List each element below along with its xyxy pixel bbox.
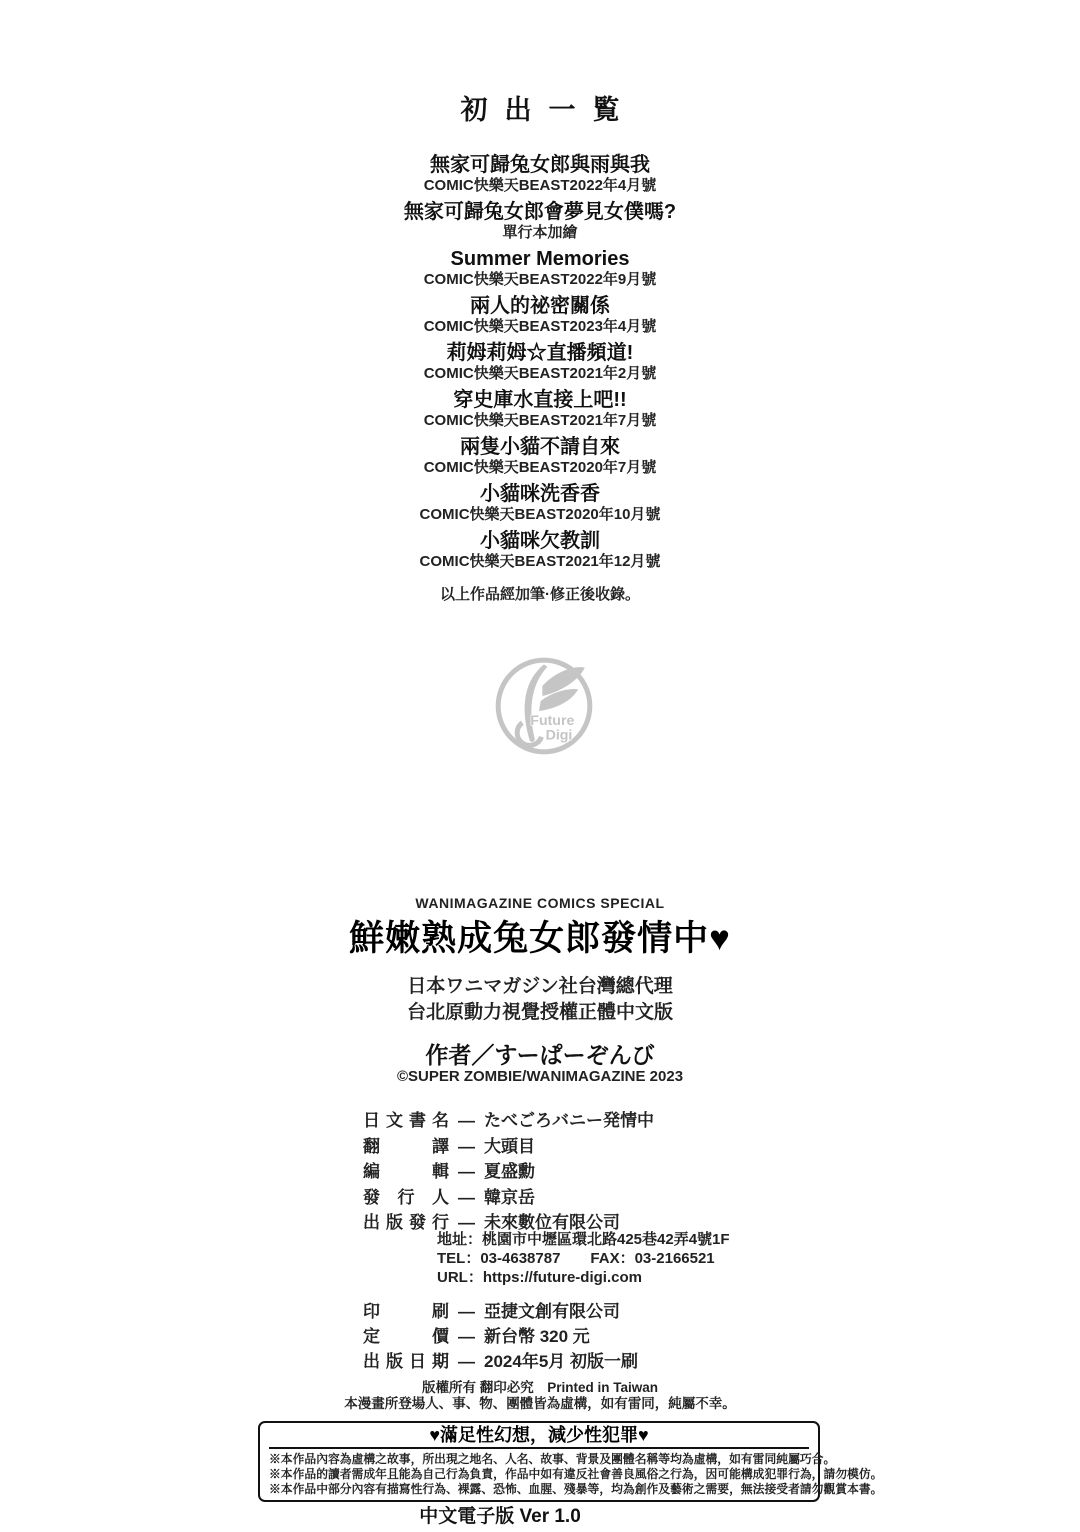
publication-item-title: 小貓咪洗香香	[0, 482, 1080, 506]
revision-note: 以上作品經加筆·修正後收錄。	[0, 583, 1080, 604]
credit-label: 發行人	[363, 1185, 449, 1211]
agency-lines: 日本ワニマガジン社台灣總代理 台北原動力視覺授權正體中文版	[0, 974, 1080, 1026]
publication-item-title: 兩人的祕密關係	[0, 294, 1080, 318]
publication-item: 小貓咪洗香香 COMIC快樂天BEAST2020年10月號	[0, 482, 1080, 523]
publication-item: 穿史庫水直接上吧!! COMIC快樂天BEAST2021年7月號	[0, 388, 1080, 429]
credit-dash: —	[458, 1108, 475, 1134]
publication-item-source: 單行本加繪	[0, 224, 1080, 241]
publication-item-title: 穿史庫水直接上吧!!	[0, 388, 1080, 412]
future-digi-logo: Future Digi	[494, 656, 594, 756]
logo-text-line2: Digi	[546, 727, 573, 743]
credit-label: 日文書名	[363, 1108, 449, 1134]
publication-item-source: COMIC快樂天BEAST2020年7月號	[0, 459, 1080, 476]
publication-item-title: 無家可歸兔女郎會夢見女僕嗎?	[0, 200, 1080, 224]
publication-item-title: 莉姆莉姆☆直播頻道!	[0, 341, 1080, 365]
first-publication-section: 初出一覧 無家可歸兔女郎與雨與我 COMIC快樂天BEAST2022年4月號 無…	[0, 88, 1080, 604]
credit-row: 發行人 — 韓京岳	[363, 1185, 654, 1211]
fiction-disclaimer: 本漫畫所登場人、事、物、團體皆為虛構，如有雷同，純屬不幸。	[0, 1392, 1080, 1412]
credit-dash: —	[458, 1324, 475, 1349]
disclaimer-line: ※本作品的讀者需成年且能為自己行為負責，作品中如有違反社會善良風俗之行為，因可能…	[269, 1467, 809, 1482]
publication-item: 莉姆莉姆☆直播頻道! COMIC快樂天BEAST2021年2月號	[0, 341, 1080, 382]
credit-label: 印刷	[363, 1299, 449, 1324]
publication-item: 無家可歸兔女郎會夢見女僕嗎? 單行本加繪	[0, 200, 1080, 241]
version-label: 中文電子版 Ver 1.0	[0, 1501, 1000, 1528]
publication-item-title: 兩隻小貓不請自來	[0, 435, 1080, 459]
publication-item-source: COMIC快樂天BEAST2022年9月號	[0, 271, 1080, 288]
publisher-url: URL：https://future-digi.com	[437, 1268, 730, 1287]
credit-label: 出版日期	[363, 1349, 449, 1374]
credit-value: 新台幣 320 元	[484, 1324, 590, 1349]
disclaimer-divider	[269, 1447, 809, 1449]
publisher-address: 地址：桃園市中壢區環北路425巷42弄4號1F	[437, 1230, 730, 1249]
credit-dash: —	[458, 1134, 475, 1160]
colophon-page: 初出一覧 無家可歸兔女郎與雨與我 COMIC快樂天BEAST2022年4月號 無…	[0, 0, 1080, 1532]
publication-item-title: Summer Memories	[0, 247, 1080, 271]
publication-item-source: COMIC快樂天BEAST2020年10月號	[0, 506, 1080, 523]
publication-item: 兩人的祕密關係 COMIC快樂天BEAST2023年4月號	[0, 294, 1080, 335]
credit-dash: —	[458, 1159, 475, 1185]
disclaimer-title: ♥滿足性幻想，減少性犯罪♥	[269, 1425, 809, 1446]
credit-value: 亞捷文創有限公司	[484, 1299, 620, 1324]
credit-row: 定價 — 新台幣 320 元	[363, 1324, 638, 1349]
publication-item: 小貓咪欠教訓 COMIC快樂天BEAST2021年12月號	[0, 529, 1080, 570]
agency-line-1: 日本ワニマガジン社台灣總代理	[0, 974, 1080, 1000]
credit-value: 大頭目	[484, 1134, 535, 1160]
publication-item-source: COMIC快樂天BEAST2021年2月號	[0, 365, 1080, 382]
disclaimer-line: ※本作品內容為虛構之故事，所出現之地名、人名、故事、背景及團體名稱等均為虛構，如…	[269, 1452, 809, 1467]
disclaimer-line: ※本作品中部分內容有描寫性行為、裸露、恐怖、血腥、殘暴等，均為創作及藝術之需要，…	[269, 1482, 809, 1497]
credit-row: 編輯 — 夏盛勳	[363, 1159, 654, 1185]
print-credits-list: 印刷 — 亞捷文創有限公司 定價 — 新台幣 320 元 出版日期 — 2024…	[363, 1299, 638, 1374]
credit-value: 韓京岳	[484, 1185, 535, 1211]
publication-item-source: COMIC快樂天BEAST2023年4月號	[0, 318, 1080, 335]
credit-value: たべごろバニー発情中	[484, 1108, 654, 1134]
credit-row: 翻譯 — 大頭目	[363, 1134, 654, 1160]
publication-item-title: 小貓咪欠教訓	[0, 529, 1080, 553]
credit-dash: —	[458, 1185, 475, 1211]
author-line: 作者／すーぱーぞんび	[0, 1037, 1080, 1070]
copyright-line: ©SUPER ZOMBIE/WANIMAGAZINE 2023	[0, 1068, 1080, 1085]
credit-label: 編輯	[363, 1159, 449, 1185]
credits-list: 日文書名 — たべごろバニー発情中 翻譯 — 大頭目 編輯 — 夏盛勳 發行人 …	[363, 1108, 654, 1236]
first-publication-title: 初出一覧	[0, 88, 1080, 127]
agency-line-2: 台北原動力視覺授權正體中文版	[0, 1000, 1080, 1026]
publisher-tel-fax: TEL：03-4638787 FAX：03-2166521	[437, 1249, 730, 1268]
credit-dash: —	[458, 1299, 475, 1324]
publication-item-source: COMIC快樂天BEAST2022年4月號	[0, 177, 1080, 194]
credit-value: 夏盛勳	[484, 1159, 535, 1185]
publication-item-title: 無家可歸兔女郎與雨與我	[0, 153, 1080, 177]
book-title: 鮮嫩熟成兔女郎發情中♥	[0, 911, 1080, 961]
publication-item-source: COMIC快樂天BEAST2021年12月號	[0, 553, 1080, 570]
publication-item: Summer Memories COMIC快樂天BEAST2022年9月號	[0, 247, 1080, 288]
credit-value: 2024年5月 初版一刷	[484, 1349, 638, 1374]
credit-label: 定價	[363, 1324, 449, 1349]
credit-dash: —	[458, 1349, 475, 1374]
credit-label: 翻譯	[363, 1134, 449, 1160]
credit-row: 日文書名 — たべごろバニー発情中	[363, 1108, 654, 1134]
publication-item: 無家可歸兔女郎與雨與我 COMIC快樂天BEAST2022年4月號	[0, 153, 1080, 194]
disclaimer-box: ♥滿足性幻想，減少性犯罪♥ ※本作品內容為虛構之故事，所出現之地名、人名、故事、…	[258, 1421, 820, 1502]
publisher-details: 地址：桃園市中壢區環北路425巷42弄4號1F TEL：03-4638787 F…	[437, 1230, 730, 1287]
publication-item: 兩隻小貓不請自來 COMIC快樂天BEAST2020年7月號	[0, 435, 1080, 476]
imprint-label: WANIMAGAZINE COMICS SPECIAL	[0, 895, 1080, 911]
feather-icon: Future Digi	[494, 656, 594, 756]
publication-item-source: COMIC快樂天BEAST2021年7月號	[0, 412, 1080, 429]
credit-row: 印刷 — 亞捷文創有限公司	[363, 1299, 638, 1324]
credit-row: 出版日期 — 2024年5月 初版一刷	[363, 1349, 638, 1374]
